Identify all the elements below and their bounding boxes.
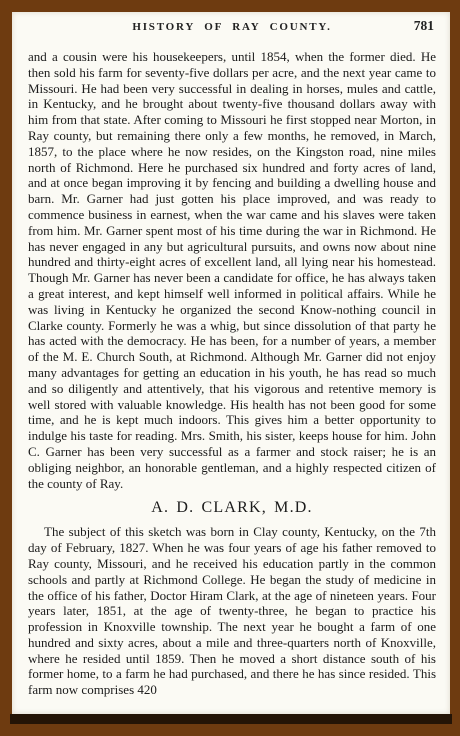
- paragraph-clark-biography: The subject of this sketch was born in C…: [28, 524, 436, 698]
- page-bottom-edge-shadow: [10, 714, 452, 724]
- running-header-title: HISTORY OF RAY COUNTY.: [28, 21, 436, 33]
- running-header: HISTORY OF RAY COUNTY. 781: [28, 18, 436, 40]
- page-number: 781: [414, 18, 434, 34]
- paragraph-garner-biography: and a cousin were his housekeepers, unti…: [28, 49, 436, 491]
- book-page: HISTORY OF RAY COUNTY. 781 and a cousin …: [12, 12, 450, 714]
- section-heading-a-d-clark: A. D. CLARK, M.D.: [28, 499, 436, 517]
- scan-border: HISTORY OF RAY COUNTY. 781 and a cousin …: [0, 0, 460, 736]
